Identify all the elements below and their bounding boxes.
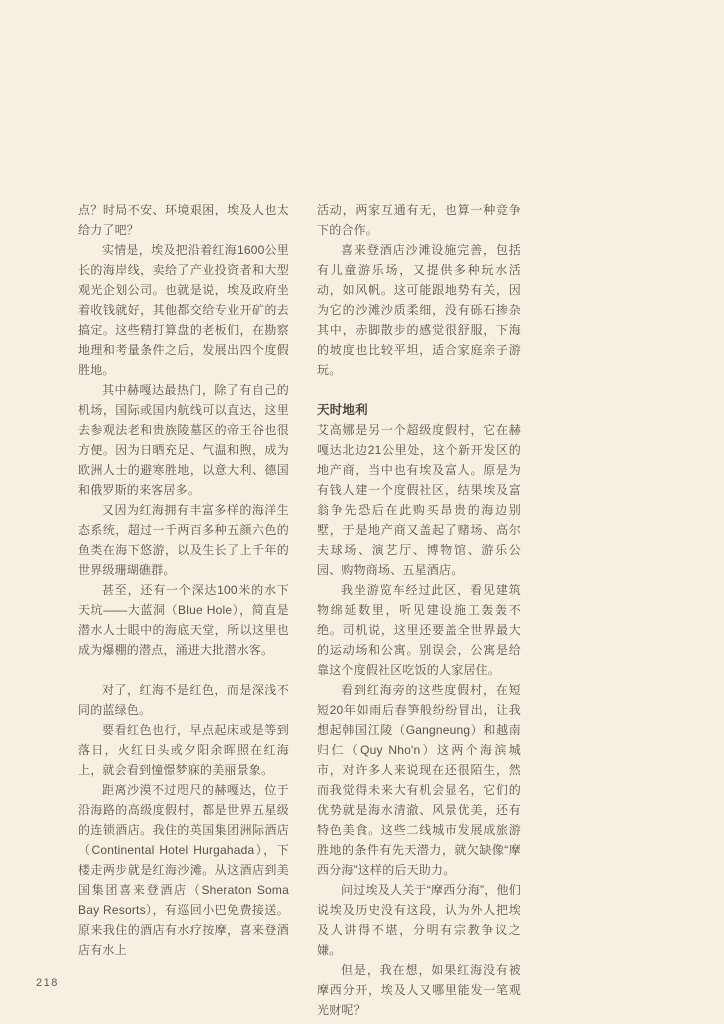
paragraph: 喜来登酒店沙滩设施完善，包括有儿童游乐场，又提供多种玩水活动，如风帆。这可能跟地…: [317, 240, 521, 380]
paragraph: 我坐游览车经过此区，看见建筑物绵延数里，听见建设施工轰轰不绝。司机说，这里还要盖…: [317, 580, 521, 680]
paragraph: 甚至，还有一个深达100米的水下天坑——大蓝洞（Blue Hole），简直是潜水…: [78, 580, 289, 660]
left-text-column: 点？时局不安、环境艰困，埃及人也太给力了吧？ 实情是，埃及把沿着红海1600公里…: [78, 200, 289, 960]
paragraph: 对了，红海不是红色，而是深浅不同的蓝绿色。: [78, 680, 289, 720]
paragraph: 活动，两家互通有无，也算一种竞争下的合作。: [317, 200, 521, 240]
paragraph: 艾高娜是另一个超级度假村，它在赫嘎达北边21公里处，这个新开发区的地产商，当中也…: [317, 420, 521, 580]
paragraph: 其中赫嘎达最热门，除了有自己的机场，国际或国内航线可以直达，这里去参观法老和贵族…: [78, 380, 289, 500]
right-text-column: 活动，两家互通有无，也算一种竞争下的合作。 喜来登酒店沙滩设施完善，包括有儿童游…: [317, 200, 521, 1020]
book-page: 点？时局不安、环境艰困，埃及人也太给力了吧？ 实情是，埃及把沿着红海1600公里…: [0, 0, 724, 1024]
paragraph: 点？时局不安、环境艰困，埃及人也太给力了吧？: [78, 200, 289, 240]
paragraph: 但是，我在想，如果红海没有被摩西分开，埃及人又哪里能发一笔观光财呢？: [317, 960, 521, 1020]
paragraph: 看到红海旁的这些度假村，在短短20年如雨后春笋般纷纷冒出，让我想起韩国江陵（Ga…: [317, 680, 521, 880]
section-heading: 天时地利: [317, 400, 521, 420]
paragraph: 问过埃及人关于“摩西分海”，他们说埃及历史没有这段，认为外人把埃及人讲得不堪，分…: [317, 880, 521, 960]
paragraph: 实情是，埃及把沿着红海1600公里长的海岸线，卖给了产业投资者和大型观光企划公司…: [78, 240, 289, 380]
paragraph: 距离沙漠不过咫尺的赫嘎达，位于沿海路的高级度假村，都是世界五星级的连锁酒店。我住…: [78, 780, 289, 960]
paragraph: 又因为红海拥有丰富多样的海洋生态系统，超过一千两百多种五颜六色的鱼类在海下悠游，…: [78, 500, 289, 580]
paragraph: 要看红色也行，早点起床或是等到落日，火红日头或夕阳余晖照在红海上，就会看到憧憬梦…: [78, 720, 289, 780]
page-number: 218: [36, 976, 59, 990]
